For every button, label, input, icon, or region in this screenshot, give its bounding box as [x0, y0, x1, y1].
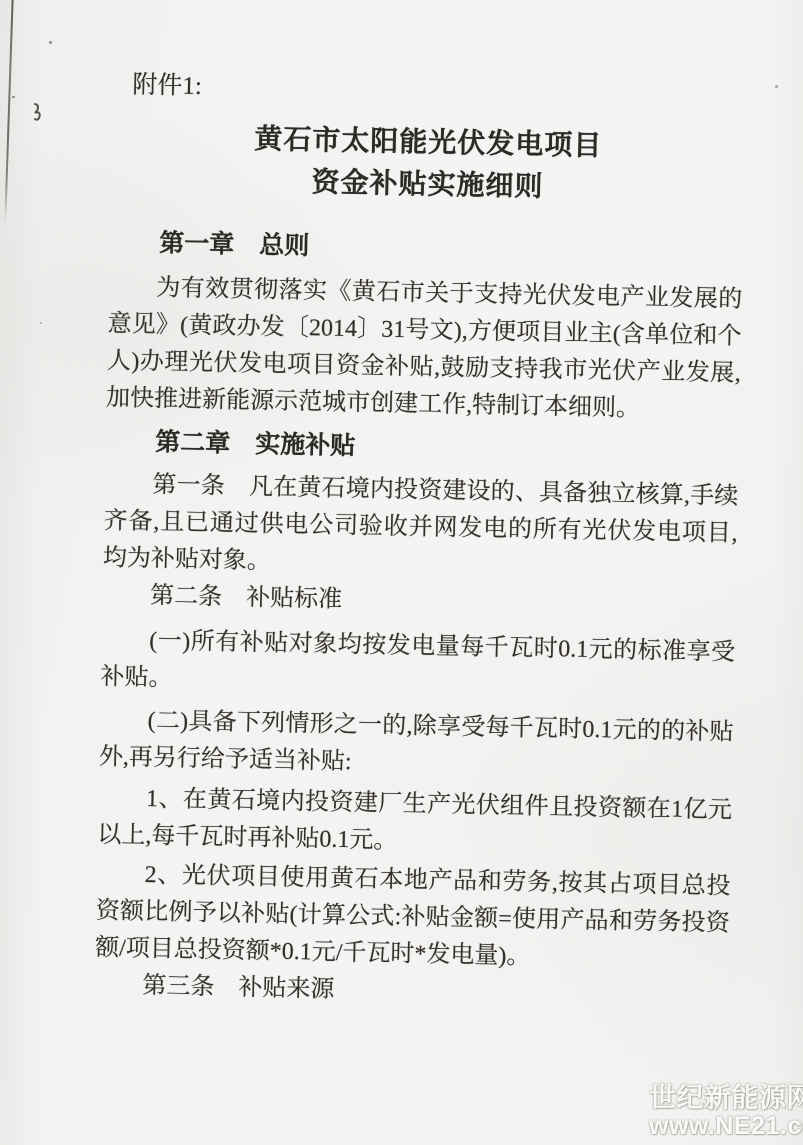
scan-speck	[49, 41, 52, 44]
item-1-paragraph: 1、在黄石境内投资建厂生产光伏组件且投资额在1亿元以上,每千瓦时再补贴0.1元。	[97, 780, 732, 867]
scan-speck	[40, 322, 42, 324]
article-1-paragraph: 第一条 凡在黄石境内投资建设的、具备独立核算,手续齐备,且已通过供电公司验收并网…	[103, 466, 739, 590]
scan-artifact-pen-mark	[28, 102, 46, 124]
scan-speck	[775, 85, 778, 88]
scan-artifact-edge-line	[4, 0, 14, 222]
watermark-site-url: www.NE21.com	[649, 1114, 803, 1139]
chapter-2-heading: 第二章 实施补贴	[105, 423, 740, 473]
clause-1-paragraph: (一)所有补贴对象均按发电量每千瓦时0.1元的标准享受补贴。	[100, 622, 735, 709]
attachment-label: 附件1:	[132, 71, 746, 113]
clause-2-paragraph: (二)具备下列情形之一的,除享受每千瓦时0.1元的的补贴外,再另行给予适当补贴:	[99, 702, 734, 789]
scan-speck	[12, 96, 15, 98]
document-body: 附件1: 黄石市太阳能光伏发电项目 资金补贴实施细则 第一章 总则 为有效贯彻落…	[94, 70, 747, 1017]
item-2-paragraph: 2、光伏项目使用黄石本地产品和劳务,按其占项目总投资额比例予以补贴(计算公式:补…	[95, 856, 731, 980]
chapter-1-paragraph: 为有效贯彻落实《黄石市关于支持光伏发电产业发展的意见》(黄政办发〔2014〕31…	[106, 269, 743, 430]
watermark: 世纪新能源网 www.NE21.com	[649, 1085, 803, 1139]
chapter-1-heading: 第一章 总则	[109, 224, 744, 274]
watermark-site-name: 世纪新能源网	[649, 1085, 803, 1112]
scanned-document-page: 附件1: 黄石市太阳能光伏发电项目 资金补贴实施细则 第一章 总则 为有效贯彻落…	[0, 0, 803, 1145]
